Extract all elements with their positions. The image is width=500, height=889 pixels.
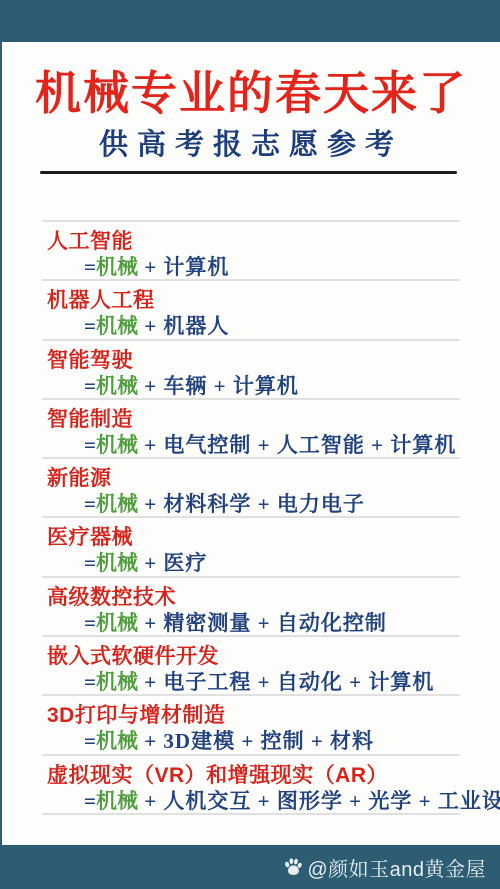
base-term-mechanical: 机械	[96, 551, 138, 575]
base-term-mechanical: 机械	[96, 789, 138, 813]
equals-sign: =	[84, 729, 96, 753]
major-name: 新能源	[47, 466, 460, 491]
equals-sign: =	[84, 314, 96, 338]
major-name: 嵌入式软硬件开发	[47, 644, 460, 669]
watermark: @颜如玉and黄金屋	[283, 853, 486, 882]
major-name: 3D打印与增材制造	[47, 703, 460, 728]
formula-terms: + 3D建模 + 控制 + 材料	[138, 729, 374, 753]
equals-sign: =	[84, 433, 96, 457]
formula-terms: + 机器人	[138, 314, 229, 338]
top-teal-bar	[2, 0, 500, 42]
major-name: 智能驾驶	[47, 348, 460, 373]
base-term-mechanical: 机械	[96, 492, 138, 516]
base-term-mechanical: 机械	[96, 729, 138, 753]
infographic-page: { "page": { "title": "机械专业的春天来了", "subti…	[0, 0, 500, 889]
base-term-mechanical: 机械	[96, 314, 138, 338]
equals-sign: =	[84, 492, 96, 516]
base-term-mechanical: 机械	[96, 611, 138, 635]
header: 机械专业的春天来了 供高考报志愿参考	[2, 68, 500, 174]
formula-terms: + 精密测量 + 自动化控制	[138, 611, 387, 635]
equals-sign: =	[84, 611, 96, 635]
formula-terms: + 计算机	[138, 255, 229, 279]
major-name: 虚拟现实（VR）和增强现实（AR）	[47, 763, 460, 788]
title-underline-rule	[40, 171, 457, 174]
major-name: 智能制造	[47, 407, 460, 432]
major-item-smart-driving: 智能驾驶 =机械 + 车辆 + 计算机	[42, 339, 460, 398]
major-name: 高级数控技术	[47, 585, 460, 610]
major-name: 人工智能	[47, 229, 460, 254]
page-title: 机械专业的春天来了	[2, 68, 500, 120]
major-formula: =机械 + 材料科学 + 电力电子	[84, 491, 460, 517]
baidu-paw-icon	[283, 857, 303, 877]
formula-terms: + 电气控制 + 人工智能 + 计算机	[138, 433, 456, 457]
base-term-mechanical: 机械	[96, 374, 138, 398]
formula-terms: + 人机交互 + 图形学 + 光学 + 工业设计	[138, 789, 500, 813]
major-formula: =机械 + 车辆 + 计算机	[84, 373, 460, 399]
major-formula: =机械 + 计算机	[84, 254, 460, 280]
page-subtitle: 供高考报志愿参考	[2, 129, 500, 162]
major-formula: =机械 + 电子工程 + 自动化 + 计算机	[84, 669, 460, 695]
major-formula: =机械 + 医疗	[84, 550, 460, 576]
formula-terms: + 电子工程 + 自动化 + 计算机	[138, 670, 434, 694]
major-item-smart-manufacturing: 智能制造 =机械 + 电气控制 + 人工智能 + 计算机	[42, 398, 460, 457]
equals-sign: =	[84, 255, 96, 279]
major-formula: =机械 + 机器人	[84, 313, 460, 339]
major-item-new-energy: 新能源 =机械 + 材料科学 + 电力电子	[42, 457, 460, 516]
major-name: 机器人工程	[47, 288, 460, 313]
majors-list: 人工智能 =机械 + 计算机 机器人工程 =机械 + 机器人 智能驾驶 =机械 …	[42, 220, 460, 815]
major-item-embedded: 嵌入式软硬件开发 =机械 + 电子工程 + 自动化 + 计算机	[42, 635, 460, 694]
equals-sign: =	[84, 670, 96, 694]
major-item-cnc: 高级数控技术 =机械 + 精密测量 + 自动化控制	[42, 576, 460, 635]
major-item-robotics: 机器人工程 =机械 + 机器人	[42, 279, 460, 338]
major-item-ai: 人工智能 =机械 + 计算机	[42, 220, 460, 279]
bottom-teal-bar: @颜如玉and黄金屋	[2, 845, 500, 889]
major-item-medical-devices: 医疗器械 =机械 + 医疗	[42, 516, 460, 575]
base-term-mechanical: 机械	[96, 670, 138, 694]
major-item-3d-printing: 3D打印与增材制造 =机械 + 3D建模 + 控制 + 材料	[42, 694, 460, 753]
formula-terms: + 材料科学 + 电力电子	[138, 492, 365, 516]
equals-sign: =	[84, 374, 96, 398]
major-formula: =机械 + 3D建模 + 控制 + 材料	[84, 728, 460, 754]
equals-sign: =	[84, 551, 96, 575]
watermark-text: @颜如玉and黄金屋	[307, 853, 486, 882]
equals-sign: =	[84, 789, 96, 813]
formula-terms: + 车辆 + 计算机	[138, 374, 299, 398]
base-term-mechanical: 机械	[96, 255, 138, 279]
base-term-mechanical: 机械	[96, 433, 138, 457]
major-formula: =机械 + 精密测量 + 自动化控制	[84, 610, 460, 636]
major-item-vr-ar: 虚拟现实（VR）和增强现实（AR） =机械 + 人机交互 + 图形学 + 光学 …	[42, 754, 460, 813]
formula-terms: + 医疗	[138, 551, 207, 575]
major-formula: =机械 + 人机交互 + 图形学 + 光学 + 工业设计	[84, 788, 460, 814]
major-name: 医疗器械	[47, 525, 460, 550]
major-formula: =机械 + 电气控制 + 人工智能 + 计算机	[84, 432, 460, 458]
